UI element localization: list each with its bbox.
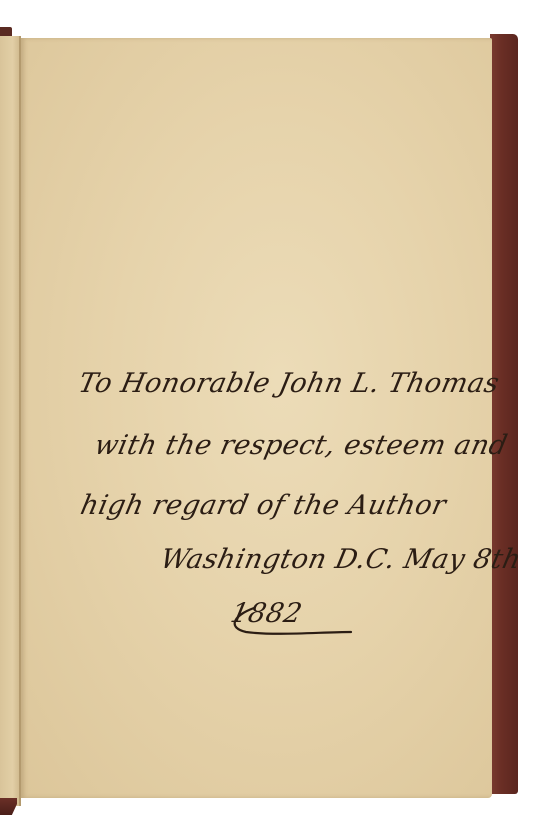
- right-book-cover: [490, 34, 518, 794]
- left-page-edge: [0, 36, 21, 806]
- underline-flourish: [226, 606, 356, 636]
- flyleaf-page: To Honorable John L. Thomas with the res…: [21, 38, 492, 798]
- inscription-line-1: To Honorable John L. Thomas: [76, 368, 503, 399]
- inscription-line-2: with the respect, esteem and: [92, 430, 511, 461]
- inscription-line-3: high regard of the Author: [78, 490, 449, 521]
- inscription-line-4: Washington D.C. May 8th: [158, 544, 524, 575]
- left-cover-corner-bottom: [0, 798, 17, 815]
- handwritten-inscription: To Honorable John L. Thomas with the res…: [21, 38, 492, 798]
